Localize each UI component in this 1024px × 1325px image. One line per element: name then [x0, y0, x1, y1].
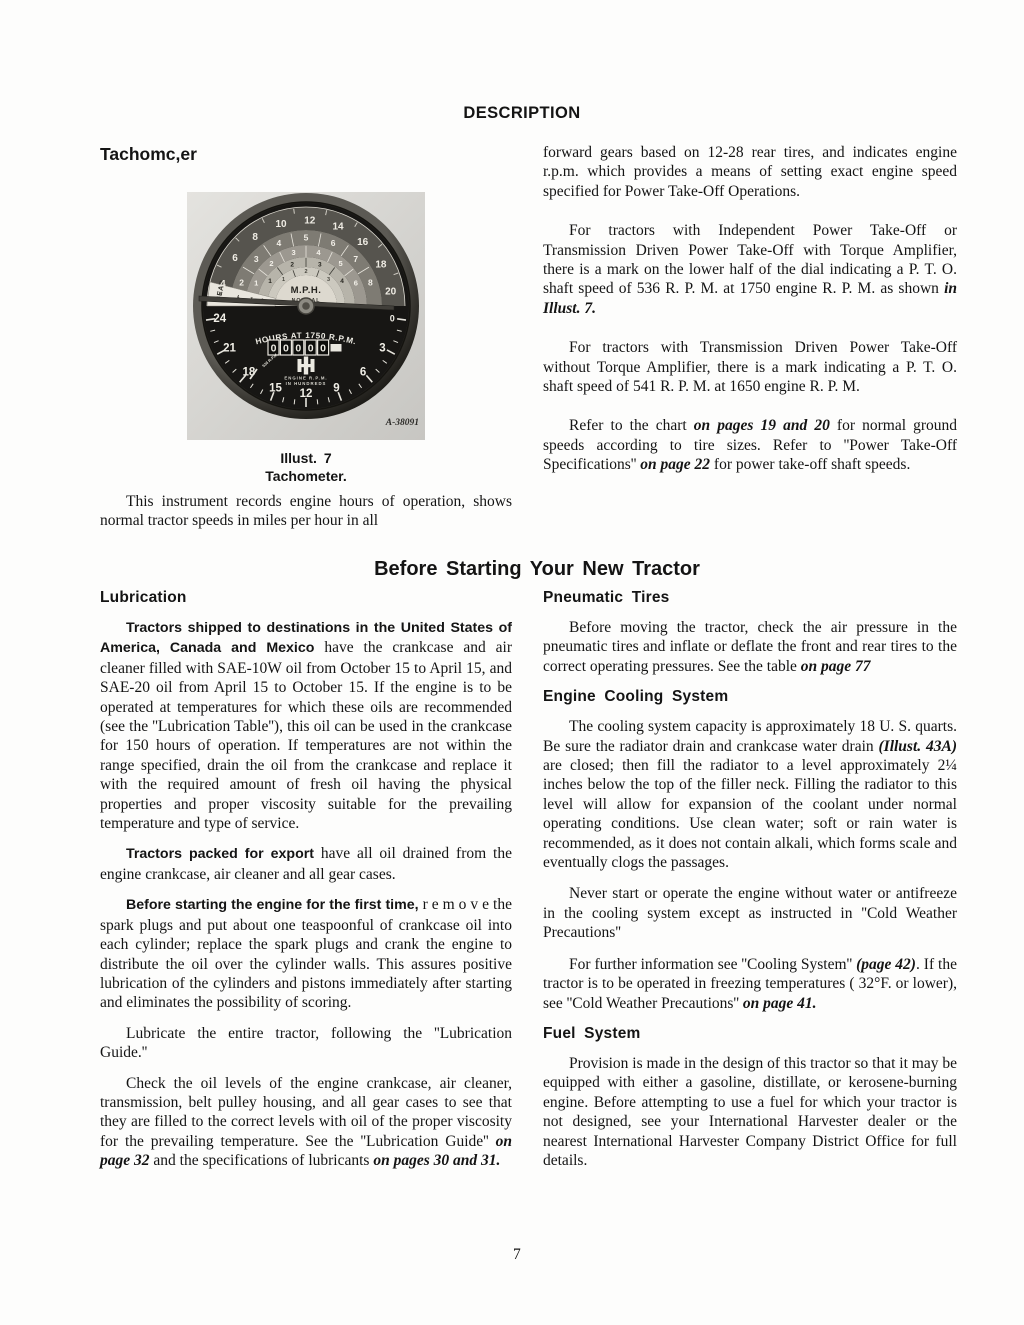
gauge-number: 7	[353, 254, 358, 264]
manual-page: DESCRIPTION Tachomc,er	[0, 0, 1024, 1325]
text-run: Provision is made in the design of this …	[543, 1055, 957, 1169]
section-title: Before Starting Your New Tractor	[50, 558, 1024, 581]
text-run: Before moving the tractor, check the air…	[543, 619, 957, 675]
gauge-number: 6	[354, 278, 358, 287]
paragraph: For tractors with Transmission Driven Po…	[543, 338, 957, 396]
gauge-number: 6	[232, 253, 238, 264]
gauge-number: 4	[277, 238, 282, 248]
page-number: 7	[513, 1246, 521, 1264]
paragraph: forward gears based on 12-28 rear tires,…	[543, 143, 957, 201]
gauge-number: 6	[331, 238, 336, 248]
paragraph: Tractors shipped to destinations in the …	[100, 618, 512, 833]
text-run: Never start or operate the engine withou…	[543, 885, 957, 941]
counter-digit: 0	[308, 343, 314, 355]
gauge-number: 8	[368, 278, 373, 288]
text-run: have the crankcase and air cleaner fille…	[100, 639, 512, 832]
gauge-number: 6	[360, 367, 366, 379]
counter-stub	[331, 344, 342, 352]
counter-digit: 0	[283, 343, 289, 355]
gauge-number: 8	[252, 232, 258, 243]
engine-cooling-heading: Engine Cooling System	[543, 688, 957, 706]
gauge-number: 3	[379, 343, 385, 355]
paragraph: For tractors with Independent Power Take…	[543, 221, 957, 318]
gauge-number: 2	[239, 278, 244, 288]
gauge-number: 9	[333, 383, 339, 395]
gauge-number: 4	[220, 279, 226, 290]
text-run: Lubricate the entire tractor, following …	[100, 1025, 512, 1061]
gauge-number: 15	[269, 383, 282, 395]
text-run: forward gears based on 12-28 rear tires,…	[543, 144, 957, 200]
text-run: for power take-off shaft speeds.	[710, 456, 910, 473]
text-run: on pages 19 and 20	[694, 417, 830, 434]
paragraph: Tractors packed for export have all oil …	[100, 844, 512, 884]
gauge-number: 2	[269, 259, 273, 268]
gauge-number: 1	[254, 278, 258, 287]
gauge-number: 2	[304, 269, 307, 275]
gauge-number: 12	[300, 388, 313, 400]
gauge-tick	[317, 399, 318, 404]
gauge-number: 14	[332, 222, 344, 233]
tachometer-gauge: GEAR 54321 46810121416182023456781234561…	[187, 192, 425, 440]
gauge-number: 12	[304, 216, 316, 227]
paragraph: Refer to the chart on pages 19 and 20 fo…	[543, 416, 957, 474]
gauge-number: 24	[213, 313, 226, 325]
left-column-bottom: Lubrication Tractors shipped to destinat…	[100, 585, 512, 1182]
text-run: on pages 30 and 31.	[373, 1152, 500, 1169]
text-run: (page 42)	[856, 956, 916, 973]
tachometer-heading: Tachomc,er	[100, 144, 197, 165]
gauge-number: 2	[290, 262, 294, 269]
paragraph: Never start or operate the engine withou…	[543, 884, 957, 942]
right-column-bottom: Pneumatic Tires Before moving the tracto…	[543, 585, 957, 1182]
caption-line1: Illust. 7	[187, 449, 425, 467]
paragraph: Before starting the engine for the first…	[100, 895, 512, 1012]
text-run: on page 41.	[743, 995, 817, 1012]
illustration-caption: Illust. 7 Tachometer.	[187, 449, 425, 485]
right-column-top: forward gears based on 12-28 rear tires,…	[543, 143, 957, 495]
caption-line2: Tachometer.	[187, 467, 425, 485]
text-run: and the specifications of lubricants	[150, 1152, 374, 1169]
text-run: Before starting the engine for the first…	[126, 897, 419, 913]
paragraph: Provision is made in the design of this …	[543, 1054, 957, 1170]
paragraph: Lubricate the entire tractor, following …	[100, 1024, 512, 1063]
text-run: r e m o v e the spark plugs and put abou…	[100, 896, 512, 1011]
text-run: Check the oil levels of the engine crank…	[100, 1075, 512, 1150]
text-run: For tractors with Transmission Driven Po…	[543, 339, 957, 395]
left-column-top: This instrument records engine hours of …	[100, 492, 512, 543]
gauge-number: 18	[375, 259, 387, 270]
gauge-number: 1	[268, 278, 272, 285]
gauge-number: 16	[357, 237, 369, 248]
text-run: For further information see ''Cooling Sy…	[569, 956, 856, 973]
gauge-number: 4	[340, 278, 344, 285]
text-run: are closed; then fill the radiator to a …	[543, 757, 957, 871]
gauge-number: 10	[275, 219, 287, 230]
paragraph: Before moving the tractor, check the air…	[543, 618, 957, 676]
text-run: For tractors with Independent Power Take…	[543, 222, 957, 297]
text-run: (Illust. 43A)	[879, 738, 958, 755]
gauge-number: 3	[318, 262, 322, 269]
photo-label: A-38091	[385, 418, 419, 428]
gauge-number: 5	[339, 259, 343, 268]
engine-rpm-line1: ENGINE R.P.M.	[284, 376, 327, 381]
gauge-number: 3	[292, 248, 296, 257]
gauge-tick	[294, 399, 295, 404]
gauge-counter: 00000	[268, 340, 329, 355]
lubrication-heading: Lubrication	[100, 589, 512, 607]
paragraph: This instrument records engine hours of …	[100, 492, 512, 531]
ih-logo	[298, 357, 315, 375]
gauge-tick	[294, 209, 295, 214]
gauge-number: 1	[282, 277, 285, 283]
pneumatic-tires-heading: Pneumatic Tires	[543, 589, 957, 607]
text-run: Tractors packed for export	[126, 846, 314, 862]
counter-digit: 0	[320, 343, 326, 355]
paragraph: For further information see ''Cooling Sy…	[543, 955, 957, 1013]
fuel-system-heading: Fuel System	[543, 1025, 957, 1043]
engine-rpm-line2: IN HUNDREDS	[286, 381, 327, 386]
mph-label: M.P.H.	[291, 285, 322, 296]
gauge-number: 21	[223, 343, 236, 355]
paragraph: The cooling system capacity is approxima…	[543, 717, 957, 872]
paragraph: Check the oil levels of the engine crank…	[100, 1074, 512, 1171]
counter-digit: 0	[295, 343, 301, 355]
page-header: DESCRIPTION	[0, 104, 1024, 123]
gauge-number: 20	[385, 287, 397, 298]
needle-hub-center	[302, 302, 310, 310]
gauge-number: 0	[390, 313, 395, 323]
tachometer-photo-figure: GEAR 54321 46810121416182023456781234561…	[187, 192, 425, 440]
text-run: Refer to the chart	[569, 417, 694, 434]
text-run: on page 77	[801, 658, 871, 675]
gauge-number: 3	[254, 254, 259, 264]
gauge-number: 5	[304, 233, 309, 243]
gauge-number: 3	[327, 277, 330, 283]
text-run: on page 22	[640, 456, 710, 473]
